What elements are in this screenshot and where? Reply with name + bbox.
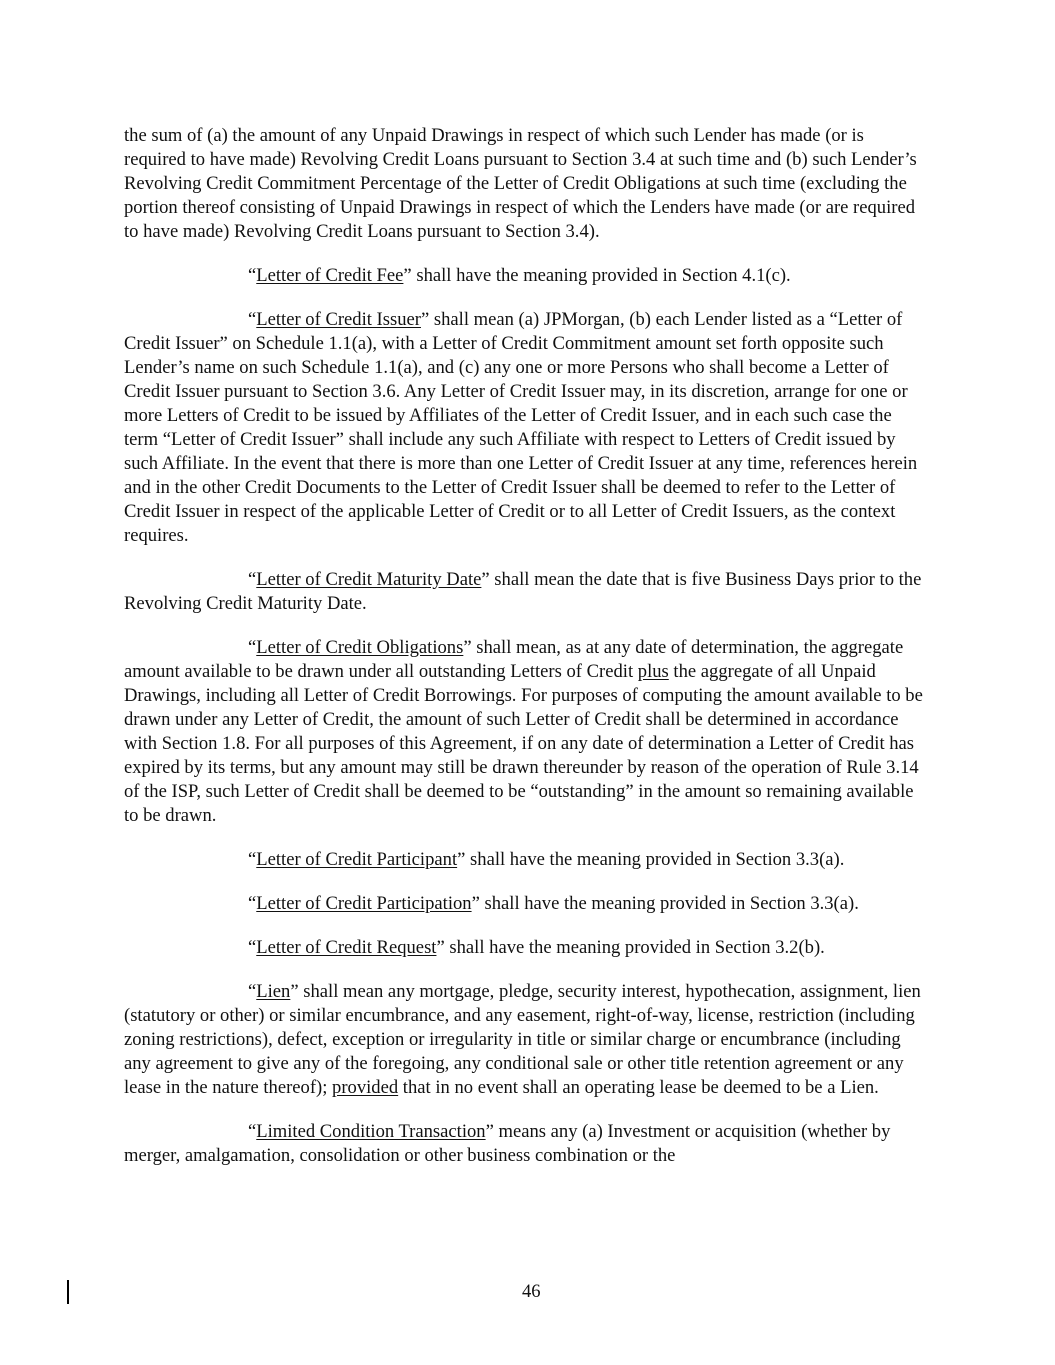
emphasis-provided: provided	[332, 1077, 398, 1098]
close-quote: ”	[421, 309, 429, 330]
definition-letter-of-credit-obligations: “Letter of Credit Obligations” shall mea…	[124, 636, 924, 828]
close-quote: ”	[290, 981, 298, 1002]
emphasis-plus: plus	[638, 661, 669, 682]
close-quote: ”	[403, 265, 411, 286]
defined-term: Letter of Credit Maturity Date	[256, 569, 481, 590]
page-number: 46	[522, 1280, 541, 1304]
defined-term: Letter of Credit Fee	[256, 265, 403, 286]
paragraph-continuation: the sum of (a) the amount of any Unpaid …	[124, 124, 924, 244]
definition-body: means any (a) Investment or acquisition …	[124, 1121, 890, 1166]
definition-letter-of-credit-participation: “Letter of Credit Participation” shall h…	[124, 892, 924, 916]
defined-term: Letter of Credit Obligations	[256, 637, 463, 658]
defined-term: Letter of Credit Participation	[256, 893, 471, 914]
document-page: the sum of (a) the amount of any Unpaid …	[124, 124, 924, 1188]
definition-body: shall have the meaning provided in Secti…	[480, 893, 859, 914]
close-quote: ”	[481, 569, 489, 590]
definition-body: shall have the meaning provided in Secti…	[412, 265, 791, 286]
definition-lien: “Lien” shall mean any mortgage, pledge, …	[124, 980, 924, 1100]
close-quote: ”	[472, 893, 480, 914]
definition-limited-condition-transaction: “Limited Condition Transaction” means an…	[124, 1120, 924, 1168]
defined-term: Letter of Credit Request	[256, 937, 436, 958]
definition-body-after: the aggregate of all Unpaid Drawings, in…	[124, 661, 923, 826]
definition-letter-of-credit-fee: “Letter of Credit Fee” shall have the me…	[124, 264, 924, 288]
definition-letter-of-credit-maturity-date: “Letter of Credit Maturity Date” shall m…	[124, 568, 924, 616]
defined-term: Letter of Credit Issuer	[256, 309, 421, 330]
definition-body: shall mean (a) JPMorgan, (b) each Lender…	[124, 309, 917, 546]
definition-body-after: that in no event shall an operating leas…	[398, 1077, 879, 1098]
revision-change-bar	[67, 1280, 69, 1304]
defined-term: Lien	[256, 981, 290, 1002]
definition-body: shall mean the date that is five Busines…	[124, 569, 921, 614]
close-quote: ”	[463, 637, 471, 658]
paragraph-text: the sum of (a) the amount of any Unpaid …	[124, 125, 917, 242]
definition-body: shall have the meaning provided in Secti…	[465, 849, 844, 870]
definition-letter-of-credit-request: “Letter of Credit Request” shall have th…	[124, 936, 924, 960]
defined-term: Letter of Credit Participant	[256, 849, 457, 870]
definition-letter-of-credit-participant: “Letter of Credit Participant” shall hav…	[124, 848, 924, 872]
definition-letter-of-credit-issuer: “Letter of Credit Issuer” shall mean (a)…	[124, 308, 924, 548]
close-quote: ”	[436, 937, 444, 958]
definition-body: shall have the meaning provided in Secti…	[445, 937, 825, 958]
close-quote: ”	[486, 1121, 494, 1142]
defined-term: Limited Condition Transaction	[256, 1121, 485, 1142]
